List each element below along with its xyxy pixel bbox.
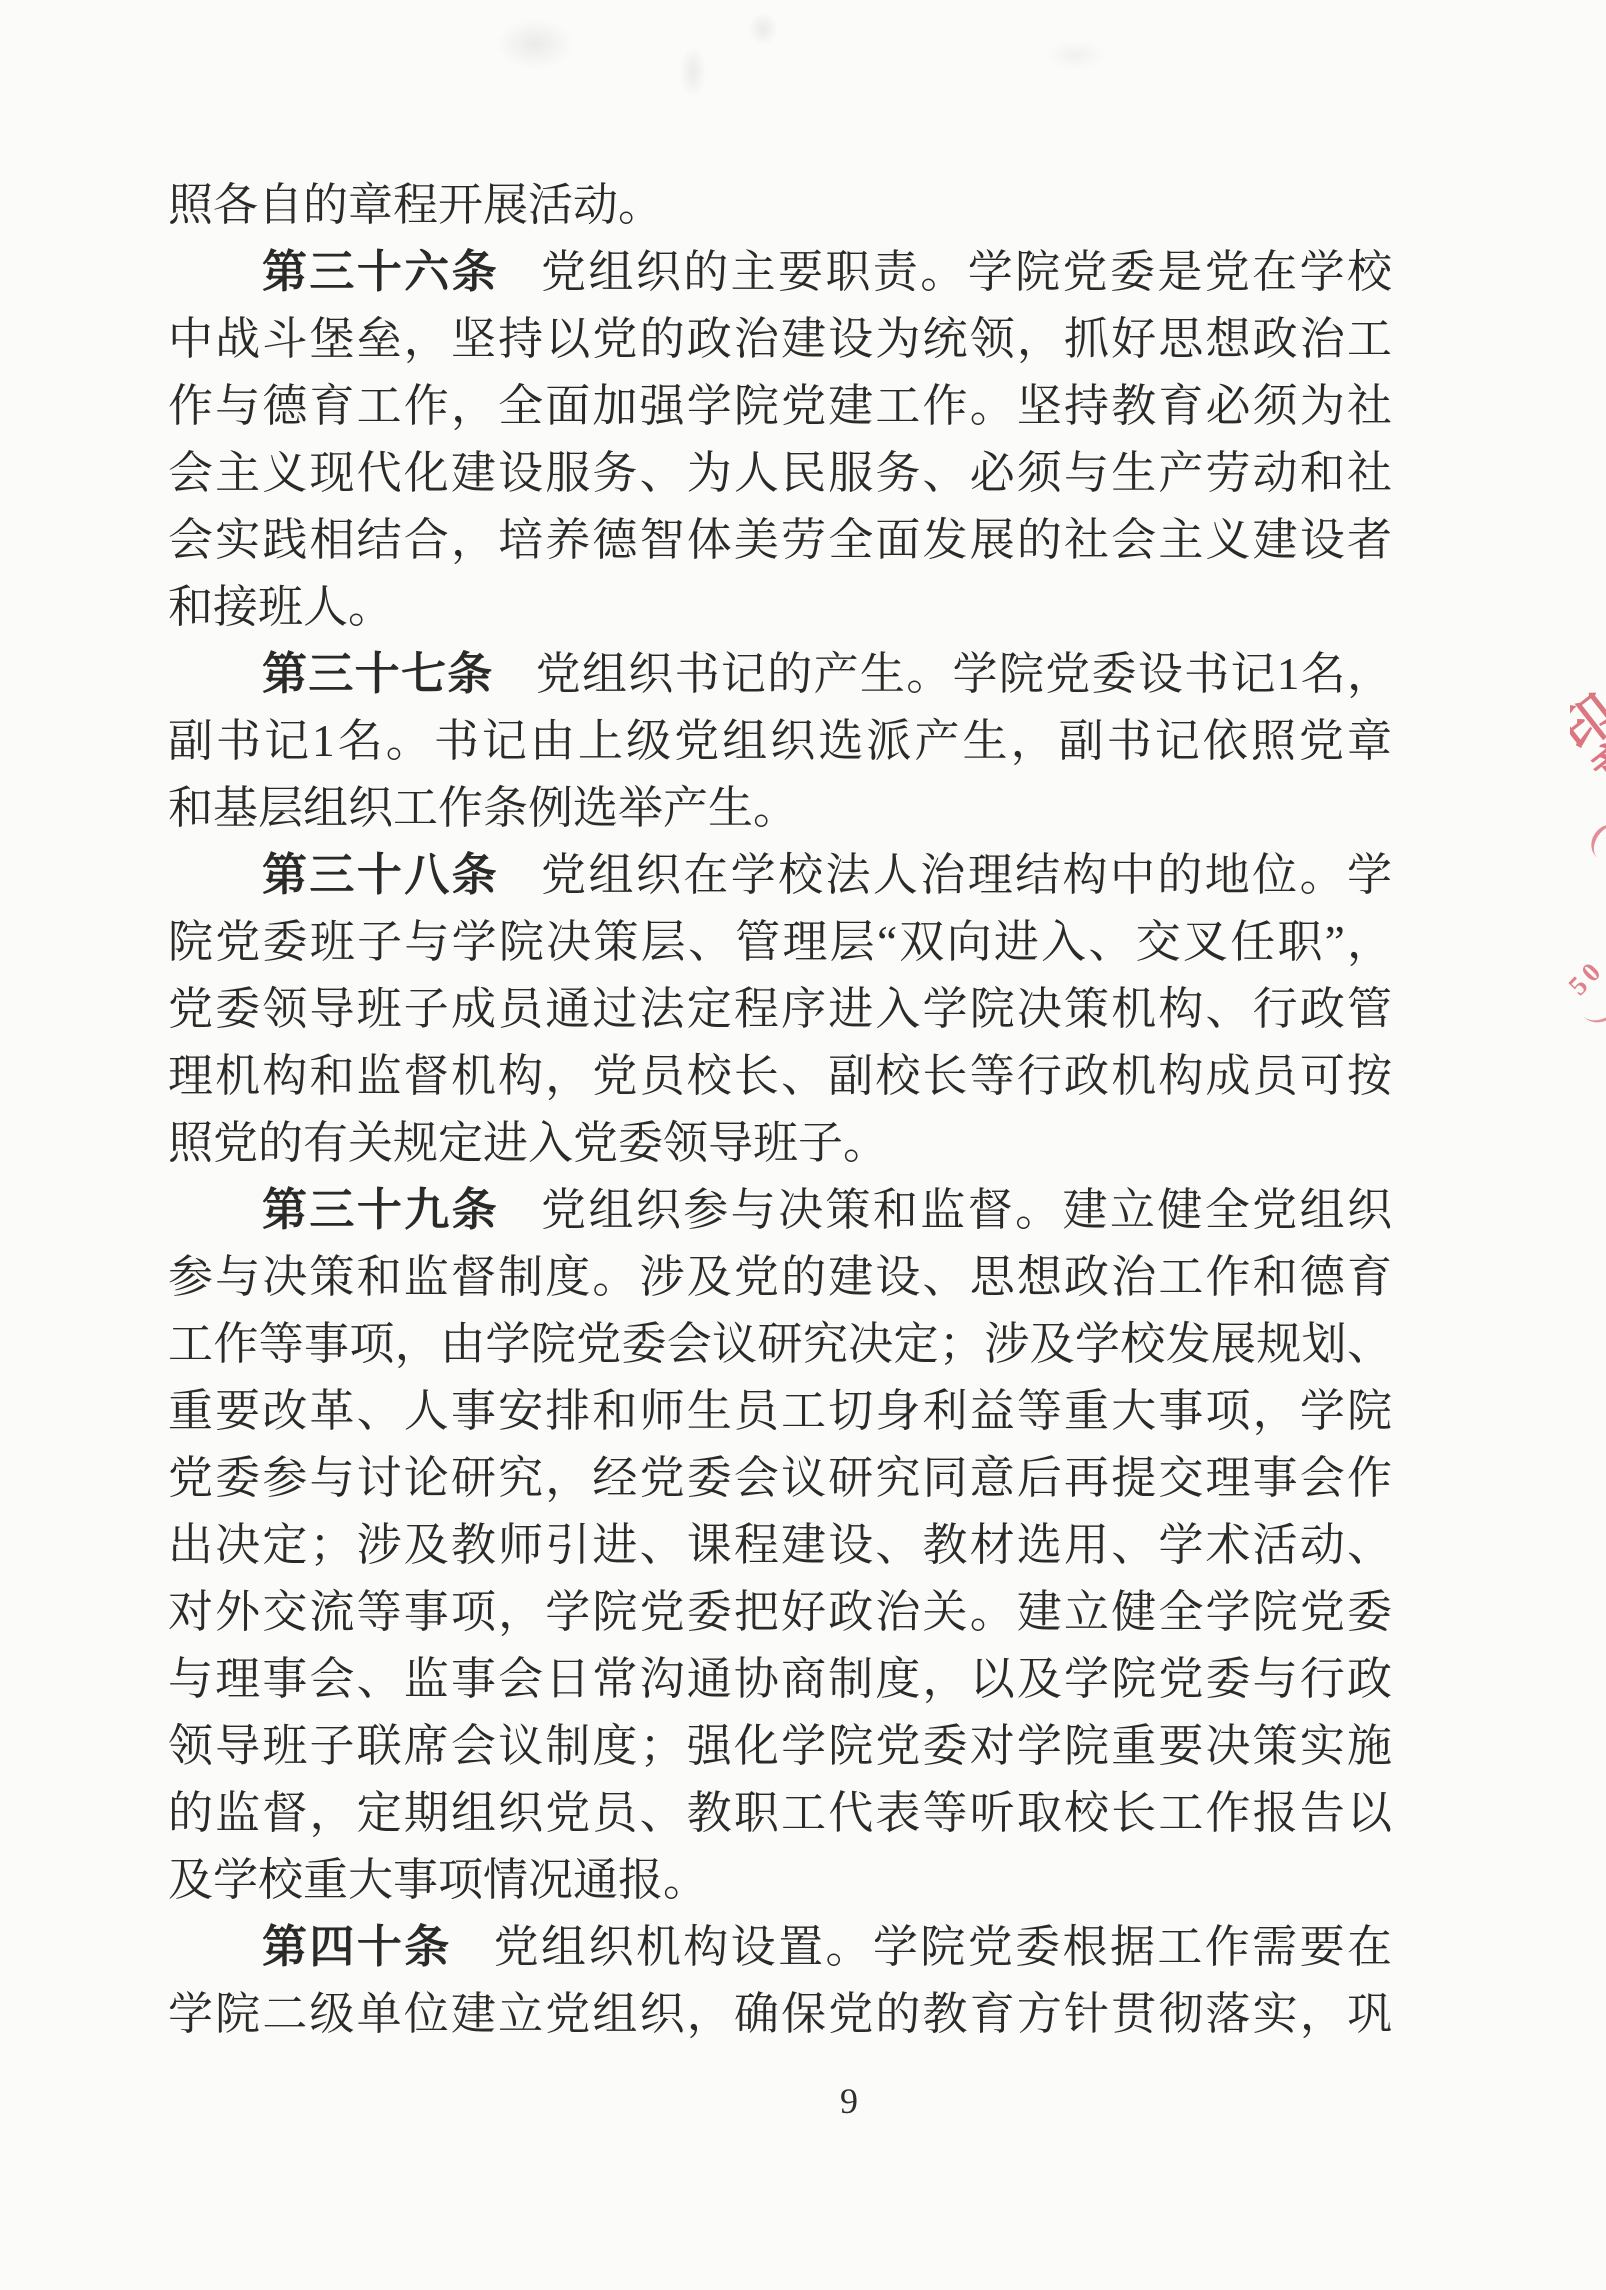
text-line: 第三十八条党组织在学校法人治理结构中的地位。学 xyxy=(168,842,1392,909)
text-line: 重要改革、人事安排和师生员工切身利益等重大事项，学院 xyxy=(168,1378,1392,1445)
text-line: 作与德育工作，全面加强学院党建工作。坚持教育必须为社 xyxy=(168,373,1392,440)
text-line: 照各自的章程开展活动。 xyxy=(168,172,1392,239)
article-number: 第三十九条 xyxy=(262,1185,499,1235)
document-page: 照各自的章程开展活动。第三十六条党组织的主要职责。学院党委是党在学校中战斗堡垒，… xyxy=(0,0,1606,2290)
text-line: 和接班人。 xyxy=(168,574,1392,641)
text-line: 党委参与讨论研究，经党委会议研究同意后再提交理事会作 xyxy=(168,1445,1392,1512)
article-number: 第四十条 xyxy=(262,1922,452,1972)
text-line: 党委领导班子成员通过法定程序进入学院决策机构、行政管 xyxy=(168,976,1392,1043)
text-line: 第三十六条党组织的主要职责。学院党委是党在学校 xyxy=(168,239,1392,306)
red-seal-arc xyxy=(1584,818,1606,869)
text-line: 参与决策和监督制度。涉及党的建设、思想政治工作和德育 xyxy=(168,1244,1392,1311)
text-line: 及学校重大事项情况通报。 xyxy=(168,1847,1392,1914)
text-line: 工作等事项，由学院党委会议研究决定；涉及学校发展规划、 xyxy=(168,1311,1392,1378)
text-line: 对外交流等事项，学院党委把好政治关。建立健全学院党委 xyxy=(168,1579,1392,1646)
text-line: 院党委班子与学院决策层、管理层“双向进入、交叉任职”， xyxy=(168,909,1392,976)
text-line: 副书记1名。书记由上级党组织选派产生，副书记依照党章 xyxy=(168,708,1392,775)
text-line: 会主义现代化建设服务、为人民服务、必须与生产劳动和社 xyxy=(168,440,1392,507)
text-line: 理机构和监督机构，党员校长、副校长等行政机构成员可按 xyxy=(168,1043,1392,1110)
text-line: 第三十七条党组织书记的产生。学院党委设书记1名， xyxy=(168,641,1392,708)
text-line: 学院二级单位建立党组织，确保党的教育方针贯彻落实，巩 xyxy=(168,1981,1392,2048)
scan-smudge xyxy=(748,12,778,46)
text-line: 的监督，定期组织党员、教职工代表等听取校长工作报告以 xyxy=(168,1780,1392,1847)
red-seal-characters: 印章 xyxy=(1570,689,1606,803)
scan-smudge xyxy=(1046,40,1106,70)
text-line: 中战斗堡垒，坚持以党的政治建设为统领，抓好思想政治工 xyxy=(168,306,1392,373)
text-line: 照党的有关规定进入党委领导班子。 xyxy=(168,1110,1392,1177)
text-line: 会实践相结合，培养德智体美劳全面发展的社会主义建设者 xyxy=(168,507,1392,574)
document-text: 照各自的章程开展活动。第三十六条党组织的主要职责。学院党委是党在学校中战斗堡垒，… xyxy=(168,172,1392,2048)
red-seal-fragment: 印章 xyxy=(1570,688,1606,806)
text-line: 出决定；涉及教师引进、课程建设、教材选用、学术活动、 xyxy=(168,1512,1392,1579)
text-line: 第三十九条党组织参与决策和监督。建立健全党组织 xyxy=(168,1177,1392,1244)
text-line: 领导班子联席会议制度；强化学院党委对学院重要决策实施 xyxy=(168,1713,1392,1780)
scan-smudge xyxy=(496,18,574,70)
text-line: 和基层组织工作条例选举产生。 xyxy=(168,775,1392,842)
scan-smudge xyxy=(680,46,706,98)
page-number: 9 xyxy=(840,2080,858,2122)
article-number: 第三十八条 xyxy=(262,850,499,900)
article-number: 第三十六条 xyxy=(262,247,499,297)
text-line: 第四十条党组织机构设置。学院党委根据工作需要在 xyxy=(168,1914,1392,1981)
article-number: 第三十七条 xyxy=(262,649,494,699)
text-line: 与理事会、监事会日常沟通协商制度，以及学院党委与行政 xyxy=(168,1646,1392,1713)
